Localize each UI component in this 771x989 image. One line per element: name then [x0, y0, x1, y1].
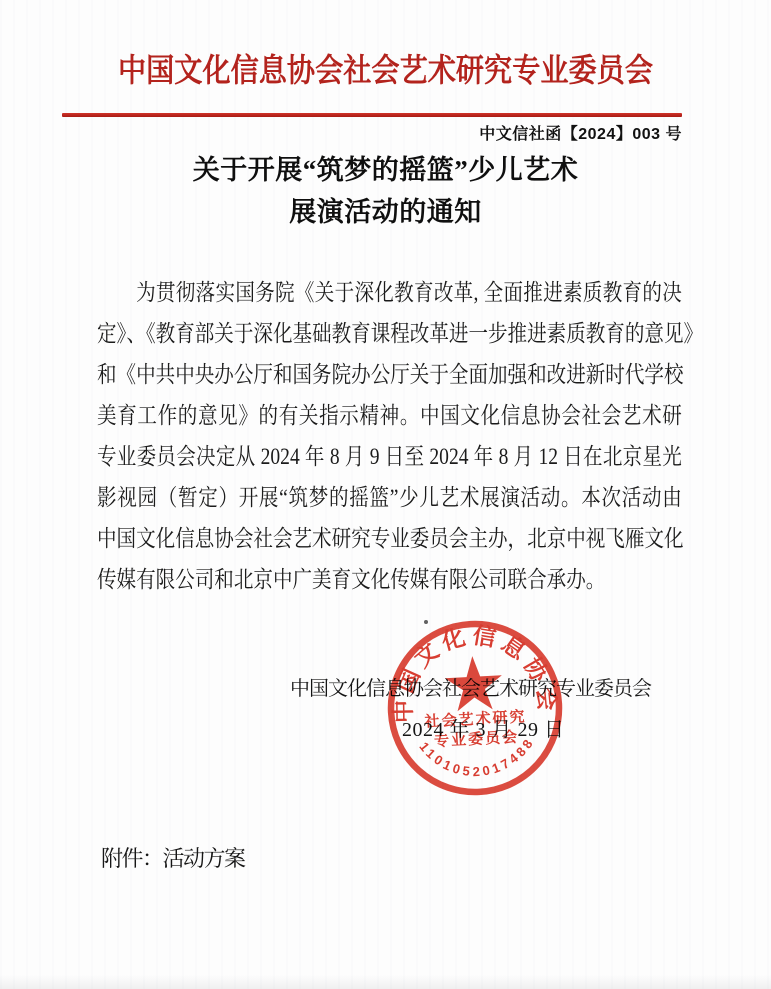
scanned-notice-document: 中国文化信息协会社会艺术研究专业委员会 中文信社函【2024】003 号 关于开… [0, 0, 771, 989]
official-red-seal: 中国文化信息协会 社会艺术研究 专业委员会 1101052017488 [380, 613, 569, 802]
notice-title-line: 关于开展“筑梦的摇篮”少儿艺术 [0, 149, 771, 191]
letterhead-divider-rule [62, 113, 682, 117]
body-line: 定》、《教育部关于深化基础教育课程改革进一步推进素质教育的意见》 [97, 313, 682, 354]
body-line: 为贯彻落实国务院《关于深化教育改革, 全面推进素质教育的决 [97, 272, 682, 313]
document-reference-number: 中文信社函【2024】003 号 [479, 121, 682, 144]
body-paragraph: 为贯彻落实国务院《关于深化教育改革, 全面推进素质教育的决定》、《教育部关于深化… [97, 272, 682, 600]
body-line: 和《中共中央办公厅和国务院办公厅关于全面加强和改进新时代学校 [97, 354, 682, 395]
seal-star-icon [444, 655, 504, 712]
notice-title-line: 展演活动的通知 [0, 191, 771, 233]
scan-bottom-shade [0, 975, 771, 989]
seal-inner-line2: 专业委员会 [434, 728, 520, 750]
seal-inner-line1: 社会艺术研究 [423, 707, 527, 730]
body-line: 影视园（暂定）开展“筑梦的摇篮”少儿艺术展演活动。本次活动由 [97, 477, 682, 518]
body-line: 传媒有限公司和北京中广美育文化传媒有限公司联合承办。 [97, 559, 682, 600]
body-line: 美育工作的意见》的有关指示精神。中国文化信息协会社会艺术研 [97, 395, 682, 436]
body-line: 中国文化信息协会社会艺术研究专业委员会主办，北京中视飞雁文化 [97, 518, 682, 559]
notice-title: 关于开展“筑梦的摇篮”少儿艺术展演活动的通知 [0, 149, 771, 233]
attachment-note: 附件：活动方案 [101, 842, 245, 873]
body-line: 专业委员会决定从 2024 年 8 月 9 日至 2024 年 8 月 12 日… [97, 436, 682, 477]
letterhead-org-title: 中国文化信息协会社会艺术研究专业委员会 [46, 48, 724, 92]
